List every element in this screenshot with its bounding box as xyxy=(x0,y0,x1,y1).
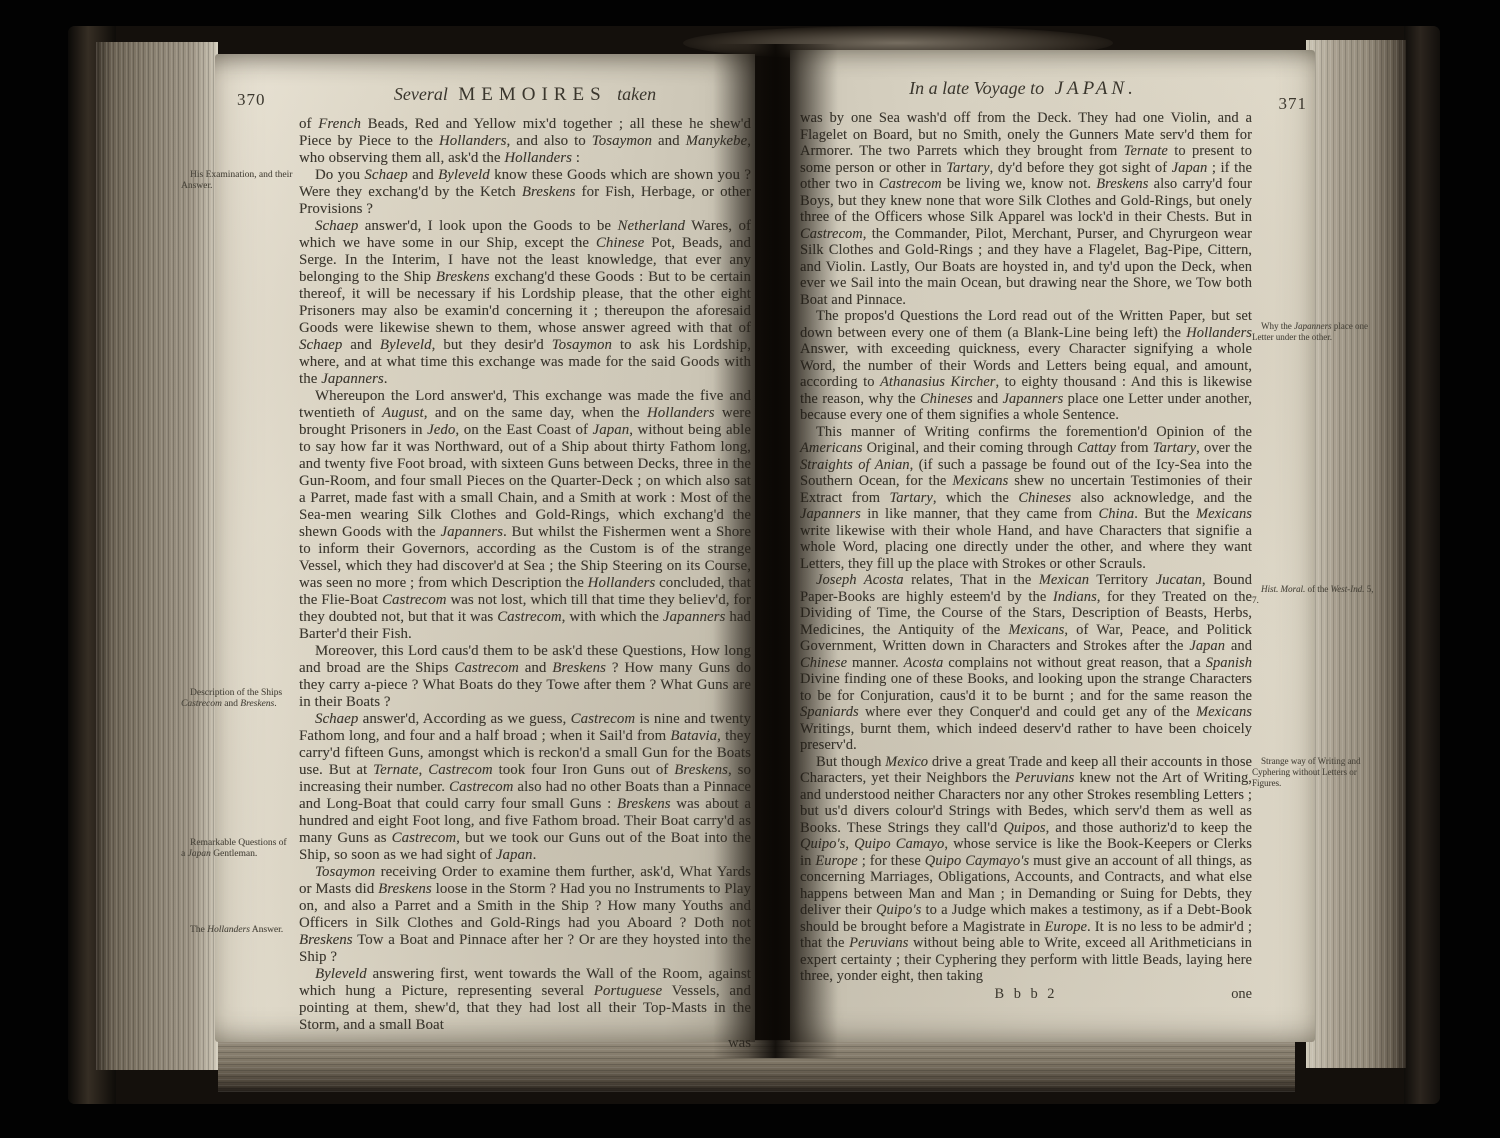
running-title-post: taken xyxy=(617,84,656,104)
margin-note: Strange way of Writing and Cyphering wit… xyxy=(1252,756,1374,789)
signature-mark: B b b 2 xyxy=(800,986,1252,1003)
text-column-left: of French Beads, Red and Yellow mix'd to… xyxy=(299,116,751,1052)
paragraph: Do you Schaep and Byleveld know these Go… xyxy=(299,167,751,218)
book-cover-right xyxy=(1404,26,1440,1104)
page-left: 370 Several MEMOIRES taken His Examinati… xyxy=(215,54,755,1042)
paragraph: Schaep answer'd, According as we guess, … xyxy=(299,711,751,864)
text-column-right: was by one Sea wash'd off from the Deck.… xyxy=(800,110,1252,1003)
paragraph: of French Beads, Red and Yellow mix'd to… xyxy=(299,116,751,167)
margin-note: Why the Japanners place one Letter under… xyxy=(1252,321,1374,343)
margin-note: The Hollanders Answer. xyxy=(181,925,293,936)
margin-note: His Examination, and their Answer. xyxy=(181,170,293,192)
catchword: one xyxy=(1231,986,1252,1003)
page-number-right: 371 xyxy=(1279,94,1308,114)
paragraph: Joseph Acosta relates, That in the Mexic… xyxy=(800,572,1252,754)
margin-note: Description of the Ships Castrecom and B… xyxy=(181,688,293,710)
paragraph: But though Mexico drive a great Trade an… xyxy=(800,754,1252,985)
page-number-left: 370 xyxy=(237,90,266,110)
paragraph: This manner of Writing confirms the fore… xyxy=(800,424,1252,573)
paragraph: Byleveld answering first, went towards t… xyxy=(299,966,751,1034)
page-edges-left xyxy=(96,42,218,1070)
paragraph: Moreover, this Lord caus'd them to be as… xyxy=(299,643,751,711)
running-title-caps: JAPAN. xyxy=(1055,78,1137,99)
running-title-left: Several MEMOIRES taken xyxy=(299,84,751,106)
margin-note: Remarkable Questions of a Japan Gentlema… xyxy=(181,838,293,860)
paragraph: Tosaymon receiving Order to examine them… xyxy=(299,864,751,966)
paragraph: Whereupon the Lord answer'd, This exchan… xyxy=(299,388,751,643)
paragraph: The propos'd Questions the Lord read out… xyxy=(800,308,1252,424)
running-title-right: In a late Voyage to JAPAN. xyxy=(800,78,1252,100)
page-edges-right xyxy=(1306,40,1406,1068)
catchword: was xyxy=(299,1035,751,1052)
book: 370 Several MEMOIRES taken His Examinati… xyxy=(68,26,1440,1104)
paragraph: Schaep answer'd, I look upon the Goods t… xyxy=(299,218,751,388)
running-title-pre: In a late Voyage to xyxy=(909,78,1044,98)
page-right: 371 In a late Voyage to JAPAN. Why the J… xyxy=(790,50,1315,1042)
book-photo: 370 Several MEMOIRES taken His Examinati… xyxy=(0,0,1500,1138)
paragraph: was by one Sea wash'd off from the Deck.… xyxy=(800,110,1252,308)
running-title-caps: MEMOIRES xyxy=(458,84,606,105)
signature-line: B b b 2 one xyxy=(800,986,1252,1003)
running-title-pre: Several xyxy=(394,84,448,104)
margin-note: Hist. Moral. of the West-Ind. 5, 7. xyxy=(1252,584,1374,606)
